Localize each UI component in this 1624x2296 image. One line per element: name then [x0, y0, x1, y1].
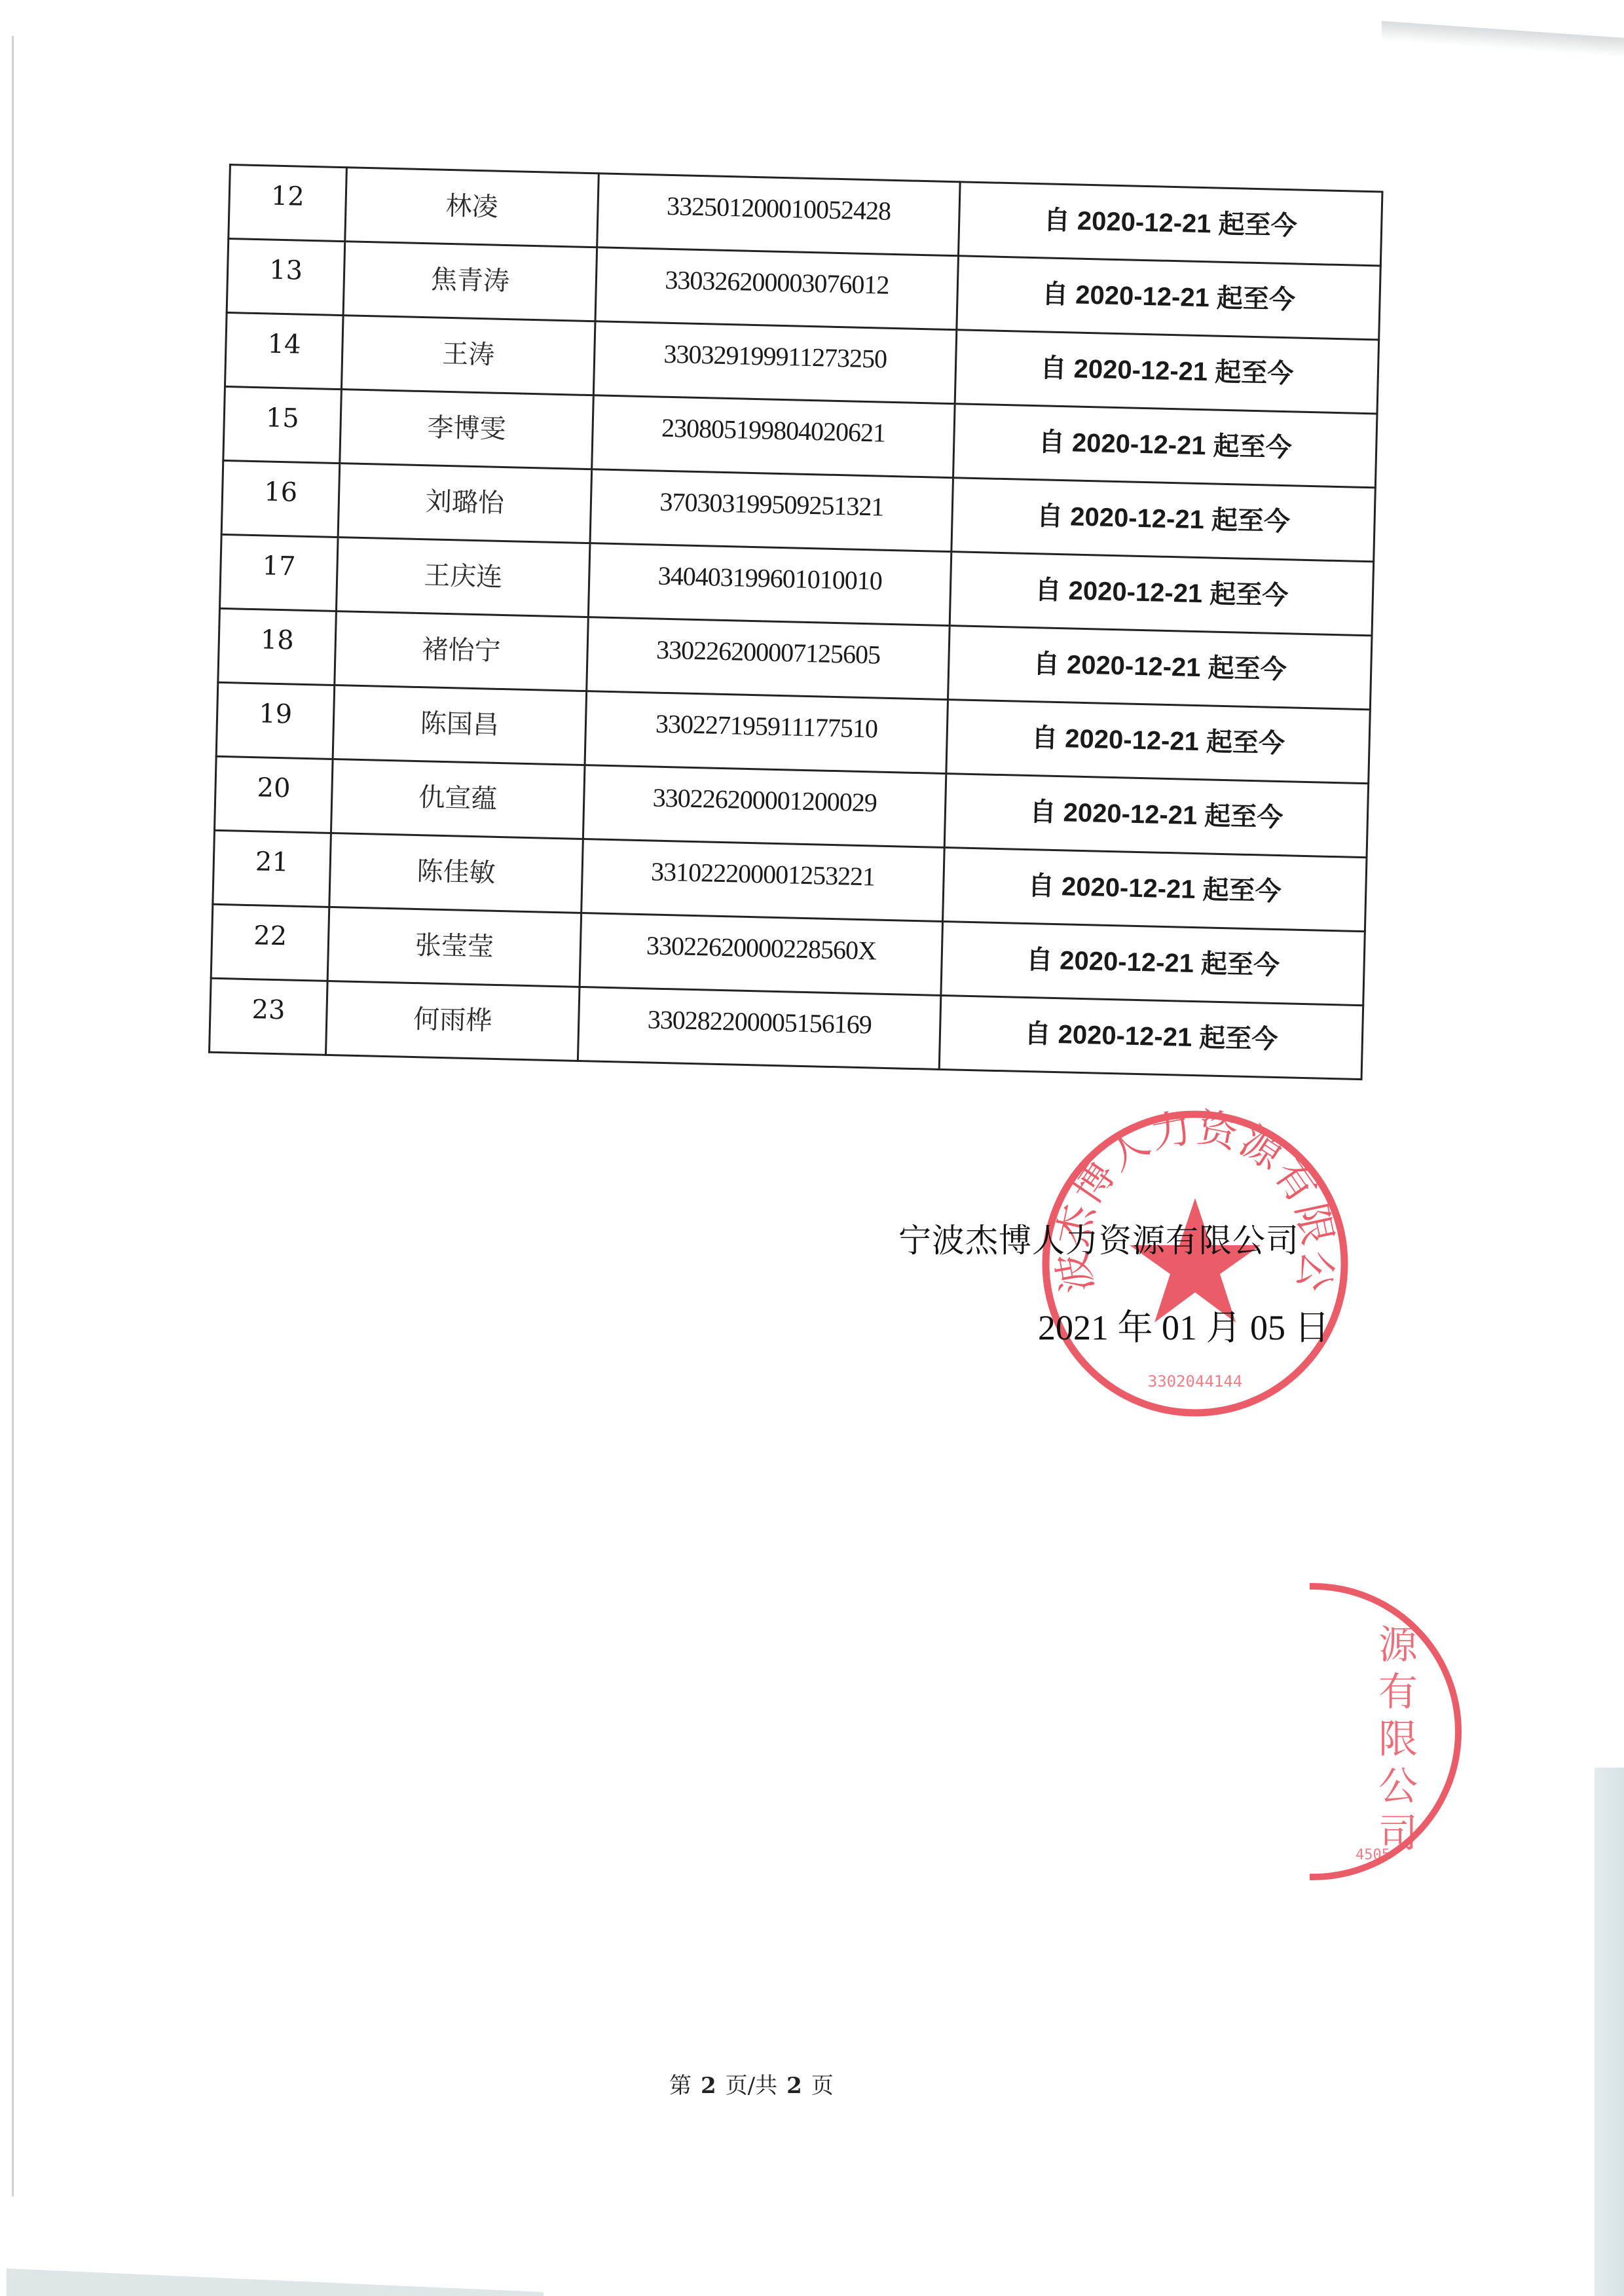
- id-number: 370303199509251321: [590, 469, 953, 552]
- employment-period: 自 2020-12-21 起至今: [958, 182, 1382, 266]
- employee-name: 张莹莹: [327, 907, 581, 987]
- employment-period: 自 2020-12-21 起至今: [943, 848, 1367, 932]
- row-number: 22: [211, 904, 329, 981]
- company-name: 宁波杰博人力资源有限公司: [898, 1214, 1299, 1262]
- svg-text:4505: 4505: [1356, 1847, 1390, 1863]
- row-number: 20: [215, 756, 333, 833]
- row-number: 12: [229, 165, 347, 242]
- current-page: 2: [701, 2073, 716, 2099]
- employee-name: 王涛: [341, 316, 595, 395]
- employee-name: 刘璐怡: [338, 464, 592, 543]
- overlap-seal-icon: 源有限公司 4505: [1159, 1578, 1467, 1886]
- employee-name: 陈国昌: [333, 685, 587, 765]
- row-number: 23: [210, 978, 328, 1055]
- row-number: 15: [223, 386, 342, 463]
- scan-edge-artifact: [7, 2269, 544, 2296]
- employment-period: 自 2020-12-21 起至今: [939, 995, 1363, 1079]
- id-number: 330226200007125605: [587, 617, 950, 700]
- row-number: 14: [225, 312, 343, 389]
- employee-name: 焦青涛: [343, 242, 597, 321]
- company-seal-icon: 宁波杰博人力资源有限公司 3302044144: [1038, 1106, 1352, 1421]
- row-number: 13: [227, 239, 345, 316]
- employee-name: 陈佳敏: [329, 833, 583, 913]
- employee-name: 褚怡宁: [335, 611, 589, 691]
- id-number: 330227195911177510: [585, 691, 948, 774]
- row-number: 16: [221, 460, 340, 537]
- scan-edge-artifact: [1382, 21, 1624, 58]
- id-number: 330282200005156169: [578, 987, 941, 1069]
- employment-period: 自 2020-12-21 起至今: [953, 404, 1377, 488]
- employee-name: 林凌: [345, 168, 599, 247]
- id-number: 330326200003076012: [595, 247, 959, 330]
- id-number: 330329199911273250: [593, 321, 957, 404]
- employee-name: 王庆连: [336, 538, 590, 617]
- employee-name: 何雨桦: [325, 981, 580, 1061]
- id-number: 340403199601010010: [588, 543, 951, 626]
- employee-table: 12林凌332501200010052428自 2020-12-21 起至今13…: [208, 164, 1384, 1080]
- employment-period: 自 2020-12-21 起至今: [946, 700, 1370, 784]
- employment-period: 自 2020-12-21 起至今: [951, 478, 1375, 562]
- employee-table-body: 12林凌332501200010052428自 2020-12-21 起至今13…: [210, 165, 1382, 1080]
- row-number: 17: [219, 534, 338, 611]
- signature-date: 2021 年 01 月 05 日: [1038, 1300, 1330, 1350]
- employee-table-container: 12林凌332501200010052428自 2020-12-21 起至今13…: [208, 164, 1382, 1080]
- employee-name: 李博雯: [340, 390, 594, 469]
- id-number: 332501200010052428: [597, 173, 961, 256]
- svg-text:源有限公司: 源有限公司: [1372, 1624, 1418, 1859]
- page-middle: 页/共: [726, 2073, 777, 2099]
- row-number: 21: [213, 830, 331, 907]
- scan-edge-artifact: [12, 36, 14, 2196]
- row-number: 18: [218, 608, 337, 685]
- page-indicator: 第2页/共2页: [669, 2068, 834, 2100]
- scan-edge-artifact: [1595, 1768, 1624, 2296]
- page-prefix: 第: [669, 2073, 692, 2099]
- employment-period: 自 2020-12-21 起至今: [957, 256, 1380, 340]
- employee-name: 仇宣蕴: [331, 759, 585, 839]
- svg-text:3302044144: 3302044144: [1148, 1372, 1243, 1391]
- employment-period: 自 2020-12-21 起至今: [948, 626, 1372, 710]
- employment-period: 自 2020-12-21 起至今: [941, 921, 1365, 1005]
- employment-period: 自 2020-12-21 起至今: [955, 330, 1378, 414]
- id-number: 33022620000228560X: [580, 913, 943, 995]
- id-number: 330226200001200029: [583, 765, 946, 848]
- row-number: 19: [216, 682, 335, 759]
- total-pages: 2: [786, 2073, 802, 2099]
- employment-period: 自 2020-12-21 起至今: [950, 552, 1373, 636]
- id-number: 331022200001253221: [581, 839, 945, 922]
- page-suffix: 页: [811, 2073, 834, 2099]
- employment-period: 自 2020-12-21 起至今: [944, 774, 1368, 858]
- id-number: 230805199804020621: [592, 395, 955, 478]
